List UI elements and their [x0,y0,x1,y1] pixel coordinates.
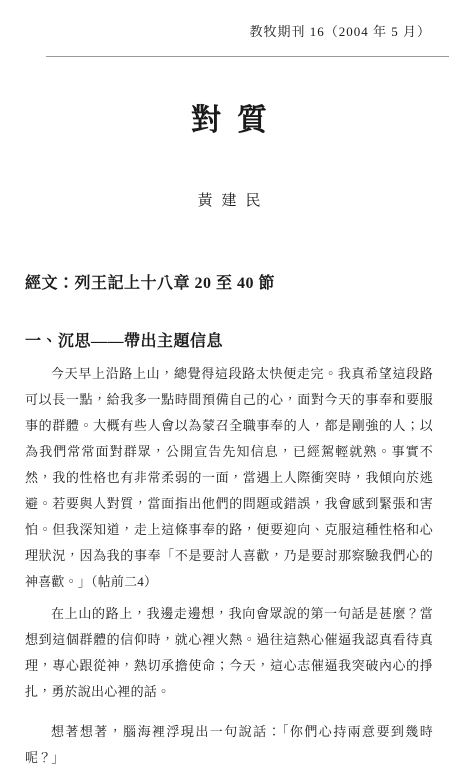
body-paragraph-1: 今天早上沿路上山，總覺得這段路太快便走完。我真希望這段路可以長一點，給我多一點時… [25,361,433,595]
journal-issue-info: 教牧期刊 16（2004 年 5 月） [249,24,431,39]
header-divider [46,56,449,57]
section-heading: 一、沉思——帶出主題信息 [25,331,433,353]
document-page: 教牧期刊 16（2004 年 5 月） 對質 黃建民 經文：列王記上十八章 20… [0,0,454,767]
article-author: 黃建民 [25,191,433,211]
body-paragraph-2: 在上山的路上，我邊走邊想，我向會眾說的第一句話是甚麼？當想到這個群體的信仰時，就… [25,601,433,705]
journal-header: 教牧期刊 16（2004 年 5 月） [25,24,433,40]
article-title: 對質 [25,103,433,139]
body-paragraph-3: 想著想著，腦海裡浮現出一句說話：「你們心持兩意要到幾時呢？」 [25,719,433,767]
scripture-reference: 經文：列王記上十八章 20 至 40 節 [25,273,433,295]
